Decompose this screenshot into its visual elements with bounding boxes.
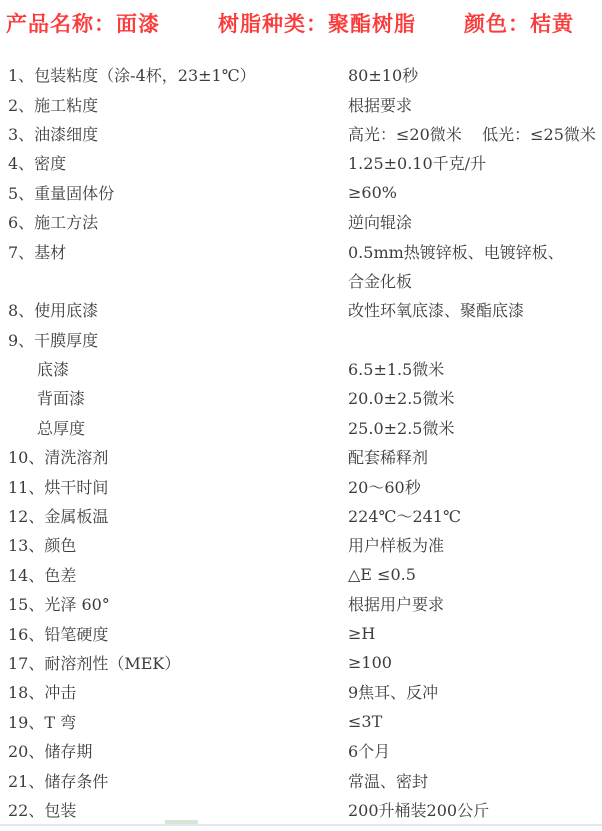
spec-value: 20～60秒 [348, 475, 602, 498]
spec-row-solid-content: 5、重量固体份 ≥60% [0, 178, 602, 207]
spec-value: 0.5mm热镀锌板、电镀锌板、 [348, 240, 602, 263]
spec-row-impact: 18、冲击 9焦耳、反冲 [0, 677, 602, 706]
spec-row-color: 13、颜色 用户样板为准 [0, 530, 602, 559]
spec-row-metal-temperature: 12、金属板温 224℃～241℃ [0, 501, 602, 530]
spec-value: 高光：≤20微米 低光：≤25微米 [348, 122, 602, 145]
spec-label: 底漆 [0, 357, 348, 380]
bottom-divider [0, 824, 602, 826]
spec-row-gloss: 15、光泽 60° 根据用户要求 [0, 589, 602, 618]
spec-value: △E ≤0.5 [348, 565, 602, 584]
spec-value: 25.0±2.5微米 [348, 416, 602, 439]
spec-label: 10、清洗溶剂 [0, 445, 348, 468]
product-spec-sheet: 产品名称：面漆 树脂种类：聚酯树脂 颜色：桔黄 1、包装粘度（涂-4杯，23±1… [0, 0, 602, 831]
spec-value: ≥100 [348, 653, 602, 672]
spec-row-backcoat-thickness: 背面漆 20.0±2.5微米 [0, 383, 602, 412]
spec-value: 9焦耳、反冲 [348, 680, 602, 703]
spec-row-t-bend: 19、T 弯 ≤3T [0, 707, 602, 736]
spec-label: 1、包装粘度（涂-4杯，23±1℃） [0, 63, 348, 86]
product-name-label: 产品名称：面漆 [6, 8, 160, 38]
spec-value: 根据要求 [348, 93, 602, 116]
spec-row-baking-time: 11、烘干时间 20～60秒 [0, 471, 602, 500]
spec-label: 18、冲击 [0, 680, 348, 703]
spec-row-application-method: 6、施工方法 逆向辊涂 [0, 207, 602, 236]
spec-value: 200升桶装200公斤 [348, 798, 602, 821]
spec-label: 5、重量固体份 [0, 181, 348, 204]
spec-row-dry-film-thickness: 9、干膜厚度 [0, 325, 602, 354]
spec-label: 22、包装 [0, 798, 348, 821]
spec-value: ≥60% [348, 183, 602, 202]
spec-row-packaging: 22、包装 200升桶装200公斤 [0, 795, 602, 824]
spec-value: 224℃～241℃ [348, 504, 602, 527]
spec-label: 6、施工方法 [0, 210, 348, 233]
spec-label: 7、基材 [0, 240, 348, 263]
spec-value: 80±10秒 [348, 63, 602, 86]
resin-type-label: 树脂种类：聚酯树脂 [218, 8, 416, 38]
spec-value: 1.25±0.10千克/升 [348, 151, 602, 174]
spec-row-shelf-life: 20、储存期 6个月 [0, 736, 602, 765]
spec-label: 14、色差 [0, 563, 348, 586]
spec-label: 9、干膜厚度 [0, 328, 348, 351]
spec-label: 16、铅笔硬度 [0, 622, 348, 645]
spec-row-solvent-resistance: 17、耐溶剂性（MEK） ≥100 [0, 648, 602, 677]
spec-value: 配套稀释剂 [348, 445, 602, 468]
spec-label: 4、密度 [0, 151, 348, 174]
spec-value: 根据用户要求 [348, 592, 602, 615]
spec-label: 15、光泽 60° [0, 592, 348, 615]
spec-label: 20、储存期 [0, 739, 348, 762]
spec-value: 合金化板 [348, 269, 602, 292]
spec-row-application-viscosity: 2、施工粘度 根据要求 [0, 89, 602, 118]
spec-label: 13、颜色 [0, 533, 348, 556]
spec-row-total-thickness: 总厚度 25.0±2.5微米 [0, 413, 602, 442]
spec-row-packaging-viscosity: 1、包装粘度（涂-4杯，23±1℃） 80±10秒 [0, 60, 602, 89]
spec-label: 3、油漆细度 [0, 122, 348, 145]
spec-row-color-difference: 14、色差 △E ≤0.5 [0, 560, 602, 589]
spec-value: 常温、密封 [348, 769, 602, 792]
spec-row-primer-used: 8、使用底漆 改性环氧底漆、聚酯底漆 [0, 295, 602, 324]
spec-label: 11、烘干时间 [0, 475, 348, 498]
spec-row-density: 4、密度 1.25±0.10千克/升 [0, 148, 602, 177]
spec-label: 17、耐溶剂性（MEK） [0, 651, 348, 674]
spec-label: 2、施工粘度 [0, 93, 348, 116]
spec-value: 改性环氧底漆、聚酯底漆 [348, 298, 602, 321]
spec-row-paint-fineness: 3、油漆细度 高光：≤20微米 低光：≤25微米 [0, 119, 602, 148]
spec-value: 逆向辊涂 [348, 210, 602, 233]
spec-value: 6个月 [348, 739, 602, 762]
spec-label: 背面漆 [0, 386, 348, 409]
spec-value: ≥H [348, 624, 602, 643]
color-label: 颜色：桔黄 [464, 8, 574, 38]
spec-row-substrate: 7、基材 0.5mm热镀锌板、电镀锌板、 [0, 236, 602, 265]
spec-label: 19、T 弯 [0, 710, 348, 733]
spec-value: ≤3T [348, 712, 602, 731]
spec-label: 12、金属板温 [0, 504, 348, 527]
spec-value: 20.0±2.5微米 [348, 386, 602, 409]
spec-row-cleaning-solvent: 10、清洗溶剂 配套稀释剂 [0, 442, 602, 471]
spec-row-primer-thickness: 底漆 6.5±1.5微米 [0, 354, 602, 383]
spec-list: 1、包装粘度（涂-4杯，23±1℃） 80±10秒 2、施工粘度 根据要求 3、… [0, 60, 602, 824]
spec-value: 6.5±1.5微米 [348, 357, 602, 380]
spec-label: 21、储存条件 [0, 769, 348, 792]
spec-row-storage-conditions: 21、储存条件 常温、密封 [0, 765, 602, 794]
spec-label: 8、使用底漆 [0, 298, 348, 321]
spec-label: 总厚度 [0, 416, 348, 439]
spec-row-substrate-continued: 合金化板 [0, 266, 602, 295]
spec-value: 用户样板为准 [348, 533, 602, 556]
spec-row-pencil-hardness: 16、铅笔硬度 ≥H [0, 618, 602, 647]
header: 产品名称：面漆 树脂种类：聚酯树脂 颜色：桔黄 [0, 8, 602, 38]
